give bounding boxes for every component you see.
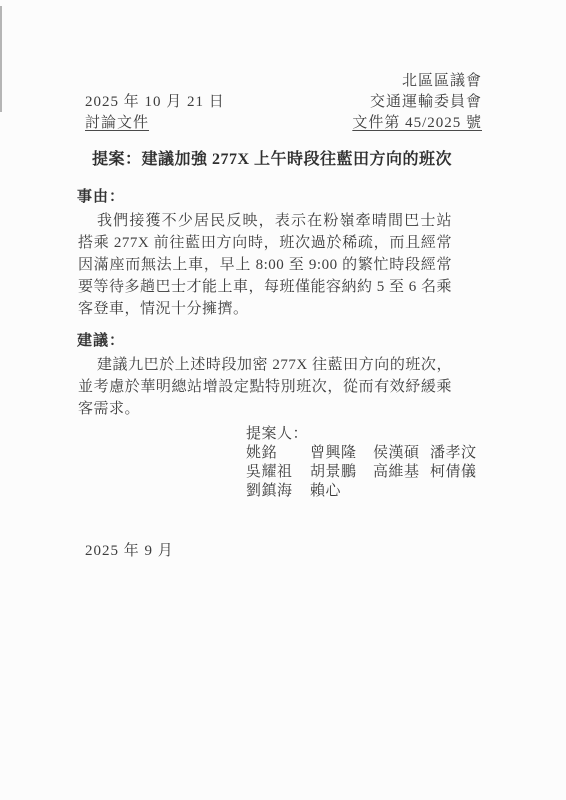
document-number: 文件第 45/2025 號 (352, 113, 482, 134)
section-heading-recommendation: 建議： (77, 331, 125, 351)
reason-paragraph: 我們接獲不少居民反映，表示在粉嶺牽晴間巴士站搭乘 277X 前往藍田方向時，班次… (78, 210, 452, 320)
header-org-block: 北區區議會 交通運輸委員會 文件第 45/2025 號 (352, 71, 482, 134)
proposer-name: 劉鎮海 (246, 482, 310, 501)
meeting-date: 2025 年 10 月 21 日 (85, 92, 225, 113)
proposers-block: 提案人： 姚銘 曾興隆 侯漢碩 潘孝汶 吳耀祖 胡景鵬 高維基 柯倩儀 劉鎮海 … (246, 425, 477, 501)
proposer-name: 侯漢碩 (373, 444, 430, 463)
proposer-name: 賴心 (310, 482, 373, 501)
proposer-name (430, 482, 477, 501)
proposer-name: 高維基 (373, 463, 430, 482)
proposer-name: 曾興隆 (310, 444, 373, 463)
proposer-name (373, 482, 430, 501)
proposer-name: 胡景鵬 (310, 463, 373, 482)
scan-edge-artifact (0, 6, 2, 112)
proposers-label: 提案人： (246, 425, 477, 444)
proposer-name: 潘孝汶 (430, 444, 477, 463)
footer-date: 2025 年 9 月 (85, 540, 174, 562)
proposer-name: 柯倩儀 (430, 463, 477, 482)
recommendation-paragraph: 建議九巴於上述時段加密 277X 往藍田方向的班次，並考慮於華明總站增設定點特別… (78, 354, 452, 420)
section-heading-reason: 事由： (77, 187, 125, 207)
proposer-name: 姚銘 (246, 444, 310, 463)
page-title: 提案：建議加強 277X 上午時段往藍田方向的班次 (40, 146, 504, 169)
org-name: 北區區議會 (352, 71, 482, 92)
proposer-name: 吳耀祖 (246, 463, 310, 482)
committee-name: 交通運輸委員會 (352, 92, 482, 113)
document-type: 討論文件 (85, 113, 225, 134)
header-date-block: 2025 年 10 月 21 日 討論文件 (85, 92, 225, 134)
document-page: 北區區議會 交通運輸委員會 文件第 45/2025 號 2025 年 10 月 … (0, 0, 566, 800)
proposers-name-grid: 姚銘 曾興隆 侯漢碩 潘孝汶 吳耀祖 胡景鵬 高維基 柯倩儀 劉鎮海 賴心 (246, 444, 477, 501)
